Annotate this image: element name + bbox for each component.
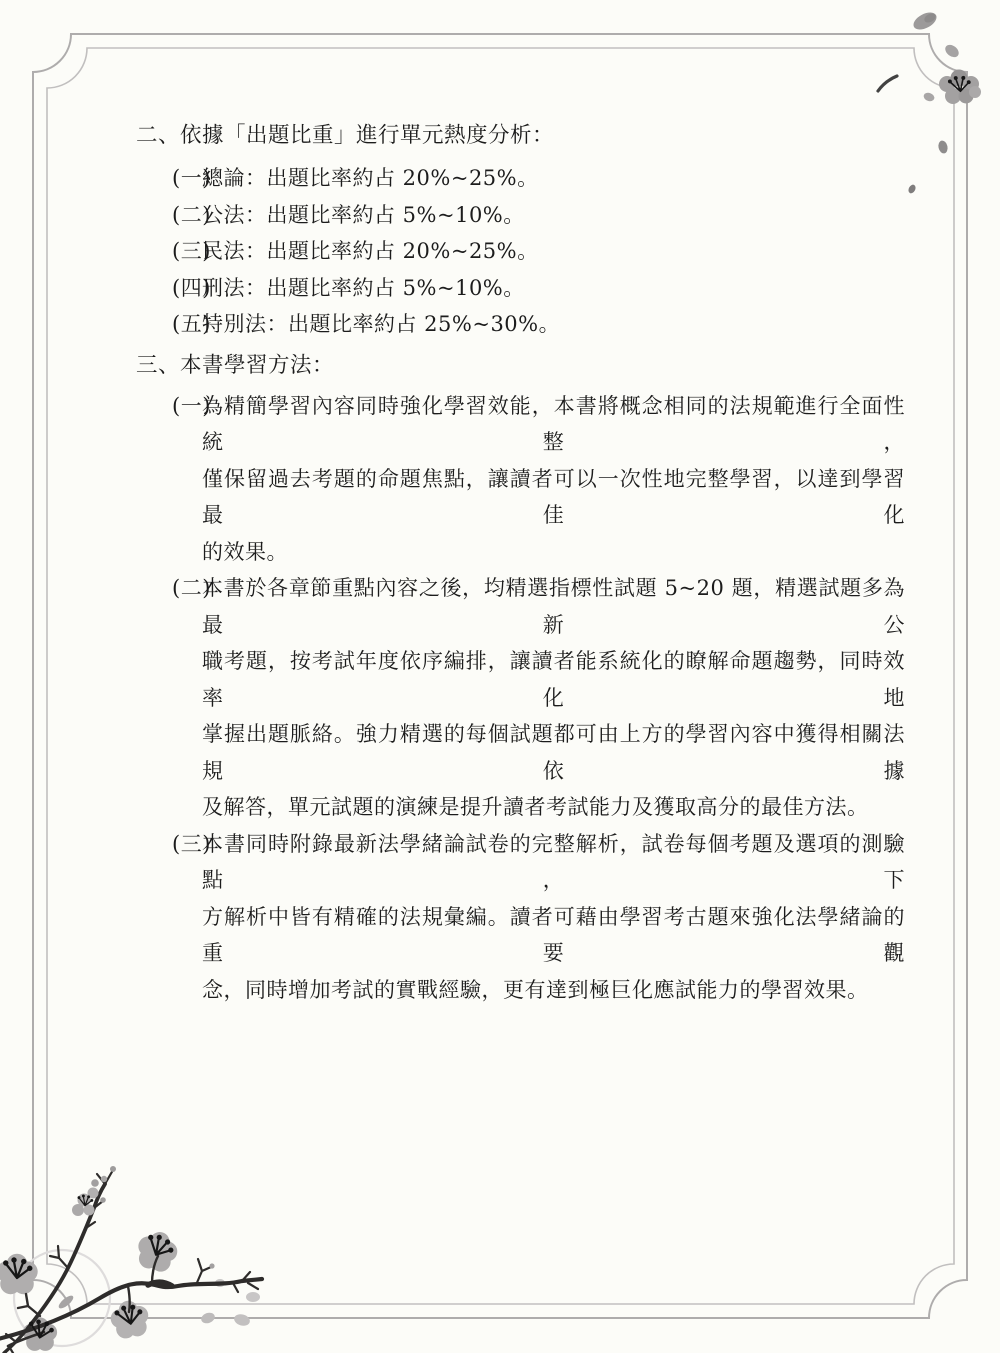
paragraph-line: 為精簡學習內容同時強化學習效能，本書將概念相同的法規範進行全面性統整， — [202, 388, 905, 461]
paragraph-line: 僅保留過去考題的命題焦點，讓讀者可以一次性地完整學習，以達到學習最佳化 — [202, 461, 905, 534]
paragraph-line: 掌握出題脈絡。強力精選的每個試題都可由上方的學習內容中獲得相關法規依據 — [202, 716, 905, 789]
list-item: (三) 本書同時附錄最新法學緒論試卷的完整解析，試卷每個考題及選項的測驗點，下 … — [172, 826, 905, 1009]
list-item: (五)特別法：出題比率約占 25%~30%。 — [172, 306, 905, 343]
list-item: (一)總論：出題比率約占 20%~25%。 — [172, 160, 905, 197]
item-marker: (三) — [172, 233, 211, 270]
paragraph-line: 本書於各章節重點內容之後，均精選指標性試題 5~20 題，精選試題多為最新公 — [202, 570, 905, 643]
paragraph-line: 念，同時增加考試的實戰經驗，更有達到極巨化應試能力的學習效果。 — [202, 972, 905, 1009]
paragraph-line: 本書同時附錄最新法學緒論試卷的完整解析，試卷每個考題及選項的測驗點，下 — [202, 826, 905, 899]
paragraph-line: 的效果。 — [202, 534, 905, 571]
item-text: 民法：出題比率約占 20%~25%。 — [202, 239, 539, 263]
paragraph-line: 及解答，單元試題的演練是提升讀者考試能力及獲取高分的最佳方法。 — [202, 789, 905, 826]
section-heading-unit-analysis: 二、依據「出題比重」進行單元熱度分析： — [136, 118, 905, 154]
item-marker: (二) — [172, 197, 211, 234]
section-heading-study-method: 三、本書學習方法： — [136, 348, 905, 384]
item-text: 特別法：出題比率約占 25%~30%。 — [202, 312, 560, 336]
item-marker: (五) — [172, 306, 211, 343]
page-content: 二、依據「出題比重」進行單元熱度分析： (一)總論：出題比率約占 20%~25%… — [136, 118, 905, 1008]
list-item: (四)刑法：出題比率約占 5%~10%。 — [172, 270, 905, 307]
list-item: (一) 為精簡學習內容同時強化學習效能，本書將概念相同的法規範進行全面性統整， … — [172, 388, 905, 571]
book-page: 二、依據「出題比重」進行單元熱度分析： (一)總論：出題比率約占 20%~25%… — [0, 0, 1000, 1353]
paragraph-line: 職考題，按考試年度依序編排，讓讀者能系統化的瞭解命題趨勢，同時效率化地 — [202, 643, 905, 716]
list-item: (二)公法：出題比率約占 5%~10%。 — [172, 197, 905, 234]
item-marker: (一) — [172, 160, 211, 197]
item-text: 總論：出題比率約占 20%~25%。 — [202, 166, 539, 190]
item-text: 刑法：出題比率約占 5%~10%。 — [202, 276, 525, 300]
item-marker: (四) — [172, 270, 211, 307]
paragraph-line: 方解析中皆有精確的法規彙編。讀者可藉由學習考古題來強化法學緒論的重要觀 — [202, 899, 905, 972]
item-marker: (一) — [172, 388, 211, 425]
plum-blossom-illustration — [0, 1140, 270, 1353]
item-marker: (三) — [172, 826, 211, 863]
item-marker: (二) — [172, 570, 211, 607]
list-item: (二) 本書於各章節重點內容之後，均精選指標性試題 5~20 題，精選試題多為最… — [172, 570, 905, 826]
item-text: 公法：出題比率約占 5%~10%。 — [202, 203, 525, 227]
list-item: (三)民法：出題比率約占 20%~25%。 — [172, 233, 905, 270]
